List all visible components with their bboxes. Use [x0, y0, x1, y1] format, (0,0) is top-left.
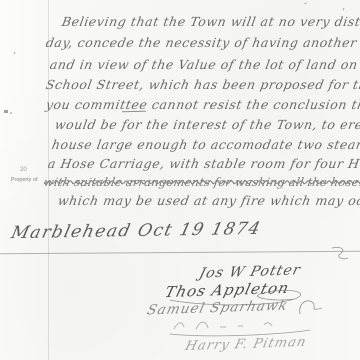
vertical-fold-line: [48, 0, 49, 360]
ink-speck: [10, 112, 12, 114]
property-of-stamp: Property of: [11, 177, 38, 183]
manuscript-line: and in view of the Value of the lot of l…: [49, 57, 359, 72]
ink-speck: [4, 110, 8, 113]
manuscript-line: day, concede the necessity of having ano…: [45, 35, 360, 50]
signature: Harry F. Pitman: [184, 335, 309, 354]
manuscript-line: School Street, which has been proposed f…: [45, 77, 360, 92]
stray-mark: ’: [299, 1, 307, 11]
manuscript-line: Believing that the Town will at no very …: [61, 14, 360, 29]
manuscript-line-struck: with suitable arrangements for washing a…: [43, 175, 360, 189]
margin-number: 20: [20, 167, 27, 173]
pencil-curl-mark: [328, 244, 350, 262]
signature-tail-flourish: [296, 296, 326, 318]
stray-mark: ’: [342, 8, 345, 18]
manuscript-page: Believing that the Town will at no very …: [0, 0, 360, 360]
manuscript-line: which may be used at any fire which may …: [57, 193, 360, 208]
manuscript-line: house large enough to accomodate two ste…: [51, 137, 360, 152]
illegible-signature-marks: [168, 317, 318, 337]
stray-mark: ’: [13, 52, 16, 62]
manuscript-line: a Hose Carriage, with stable room for fo…: [47, 156, 360, 171]
manuscript-line: you committee cannot resist the conclusi…: [45, 97, 360, 112]
manuscript-line: would be for the interest of the Town, t…: [54, 117, 360, 132]
horizontal-fold-line: [0, 251, 360, 255]
